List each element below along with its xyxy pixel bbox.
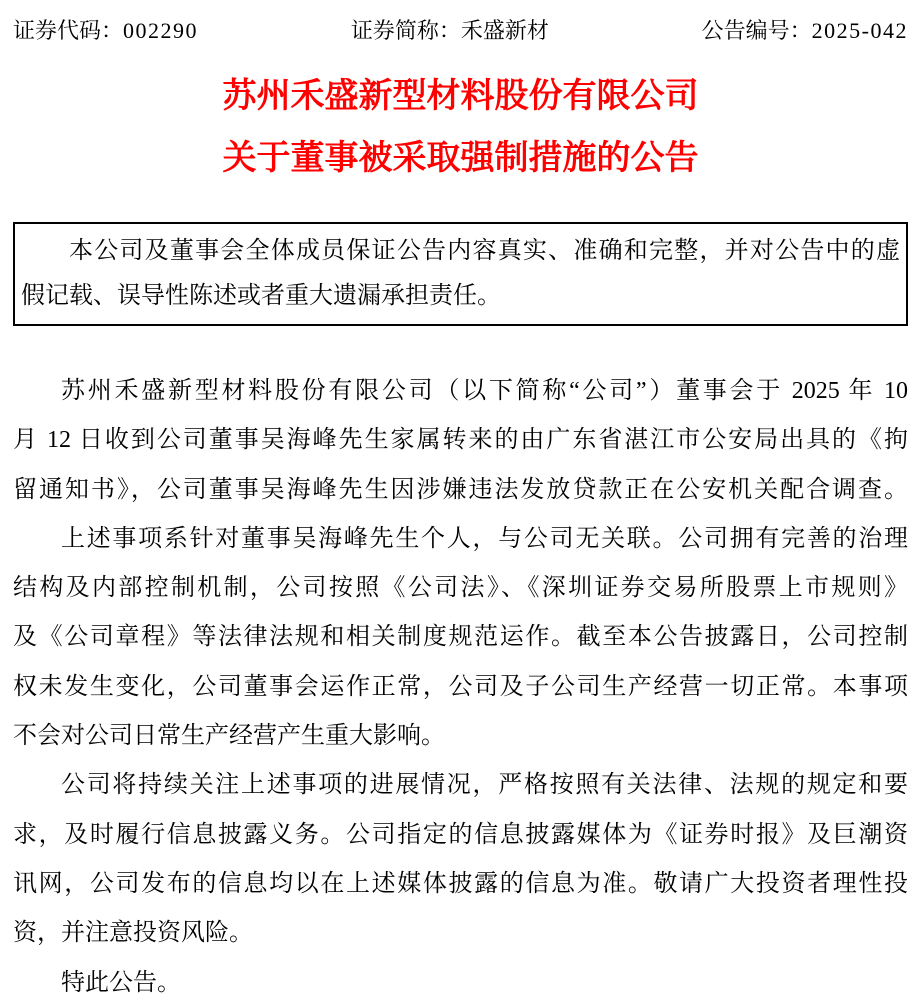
body-line: 留通知书》，公司董事吴海峰先生因涉嫌违法发放贷款正在公安机关配合调查。 [13, 466, 908, 515]
body-line: 讯网，公司发布的信息均以在上述媒体披露的信息为准。敬请广大投资者理性投 [13, 860, 908, 909]
document-header: 证券代码：002290 证券简称：禾盛新材 公告编号：2025-042 [13, 0, 908, 44]
company-name-title: 苏州禾盛新型材料股份有限公司 [13, 77, 908, 117]
body-line: 求，及时履行信息披露义务。公司指定的信息披露媒体为《证券时报》及巨潮资 [13, 811, 908, 860]
stock-name: 证券简称：禾盛新材 [351, 18, 549, 44]
body-line: 苏州禾盛新型材料股份有限公司（以下简称“公司”）董事会于 2025 年 10 [13, 367, 908, 416]
body-line: 月 12 日收到公司董事吴海峰先生家属转来的由广东省湛江市公安局出具的《拘 [13, 416, 908, 465]
announcement-number: 公告编号：2025-042 [702, 18, 908, 44]
body-line: 不会对公司日常生产经营产生重大影响。 [13, 712, 908, 761]
announcement-body: 苏州禾盛新型材料股份有限公司（以下简称“公司”）董事会于 2025 年 10 月… [13, 367, 908, 1005]
body-line: 及《公司章程》等法律法规和相关制度规范运作。截至本公告披露日，公司控制 [13, 613, 908, 662]
disclaimer-box: 本公司及董事会全体成员保证公告内容真实、准确和完整，并对公告中的虚 假记载、误导… [13, 222, 908, 326]
body-line: 资，并注意投资风险。 [13, 909, 908, 958]
announcement-page: 证券代码：002290 证券简称：禾盛新材 公告编号：2025-042 苏州禾盛… [0, 0, 918, 1005]
announcement-subject-title: 关于董事被采取强制措施的公告 [13, 139, 908, 179]
body-line: 公司将持续关注上述事项的进展情况，严格按照有关法律、法规的规定和要 [13, 761, 908, 810]
stock-name-value: 禾盛新材 [461, 18, 549, 43]
stock-code: 证券代码：002290 [13, 18, 198, 44]
announcement-number-label: 公告编号： [702, 18, 812, 43]
disclaimer-line: 本公司及董事会全体成员保证公告内容真实、准确和完整，并对公告中的虚 [21, 229, 900, 274]
announcement-number-value: 2025-042 [812, 18, 908, 43]
stock-name-label: 证券简称： [351, 18, 461, 43]
body-line: 结构及内部控制机制，公司按照《公司法》、《深圳证券交易所股票上市规则》 [13, 564, 908, 613]
body-line: 权未发生变化，公司董事会运作正常，公司及子公司生产经营一切正常。本事项 [13, 663, 908, 712]
body-line: 特此公告。 [13, 959, 908, 1005]
stock-code-label: 证券代码： [13, 18, 123, 43]
disclaimer-line: 假记载、误导性陈述或者重大遗漏承担责任。 [21, 274, 900, 319]
stock-code-value: 002290 [123, 18, 198, 43]
body-line: 上述事项系针对董事吴海峰先生个人，与公司无关联。公司拥有完善的治理 [13, 515, 908, 564]
